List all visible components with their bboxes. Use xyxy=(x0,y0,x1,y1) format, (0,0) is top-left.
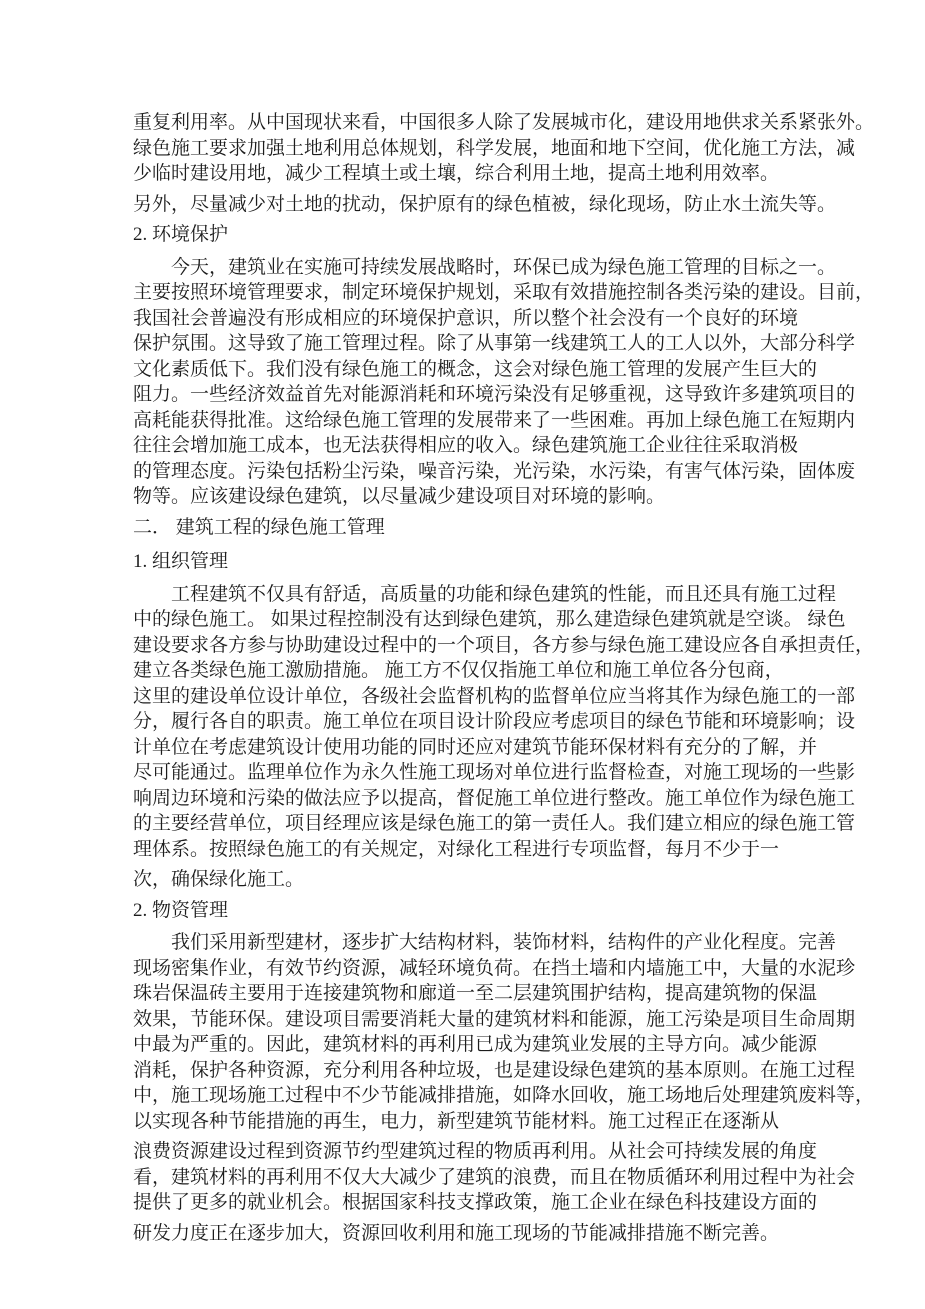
text-line: 浪费资源建设过程到资源节约型建筑过程的物质再利用。从社会可持续发展的角度 xyxy=(133,1139,873,1165)
text-line: 2. 物资管理 xyxy=(133,898,873,924)
text-line: 理体系。按照绿色施工的有关规定，对绿化工程进行专项监督，每月不少于一 xyxy=(133,837,873,863)
text-line: 中，施工现场施工过程中不少节能减排措施，如降水回收，施工场地后处理建筑废料等， xyxy=(133,1083,873,1109)
text-line: 现场密集作业，有效节约资源，减轻环境负荷。在挡土墙和内墙施工中，大量的水泥珍 xyxy=(133,956,873,982)
text-line: 文化素质低下。我们没有绿色施工的概念，这会对绿色施工管理的发展产生巨大的 xyxy=(133,357,873,383)
text-line: 尽可能通过。监理单位作为永久性施工现场对单位进行监督检查，对施工现场的一些影 xyxy=(133,760,873,786)
paragraph: 研发力度正在逐步加大，资源回收利用和施工现场的节能减排措施不断完善。 xyxy=(133,1221,873,1247)
text-line: 2. 环境保护 xyxy=(133,222,873,248)
text-line: 分，履行各自的职责。施工单位在项目设计阶段应考虑项目的绿色节能和环境影响；设 xyxy=(133,709,873,735)
text-line: 另外，尽量减少对土地的扰动，保护原有的绿色植被，绿化现场，防止水土流失等。 xyxy=(133,192,873,218)
text-line: 今天，建筑业在实施可持续发展战略时，环保已成为绿色施工管理的目标之一。 xyxy=(133,255,873,281)
text-line: 看，建筑材料的再利用不仅大大减少了建筑的浪费，而且在物质循环利用过程中为社会 xyxy=(133,1165,873,1191)
heading: 二． 建筑工程的绿色施工管理 xyxy=(133,515,873,541)
text-line: 1. 组织管理 xyxy=(133,549,873,575)
text-line: 我国社会普遍没有形成相应的环境保护意识，所以整个社会没有一个良好的环境 xyxy=(133,306,873,332)
text-line: 中的绿色施工。 如果过程控制没有达到绿色建筑，那么建造绿色建筑就是空谈。 绿色 xyxy=(133,607,873,633)
text-line: 的管理态度。污染包括粉尘污染，噪音污染，光污染，水污染，有害气体污染，固体废 xyxy=(133,459,873,485)
text-line: 响周边环境和污染的做法应予以提高，督促施工单位进行整改。施工单位作为绿色施工 xyxy=(133,786,873,812)
text-line: 二． 建筑工程的绿色施工管理 xyxy=(133,515,873,541)
text-line: 中最为严重的。因此，建筑材料的再利用已成为建筑业发展的主导方向。减少能源 xyxy=(133,1032,873,1058)
text-line: 珠岩保温砖主要用于连接建筑物和廊道一至二层建筑围护结构，提高建筑物的保温 xyxy=(133,981,873,1007)
document-content: 重复利用率。从中国现状来看，中国很多人除了发展城市化，建设用地供求关系紧张外。绿… xyxy=(133,110,873,1251)
text-line: 阻力。一些经济效益首先对能源消耗和环境污染没有足够重视，这导致许多建筑项目的 xyxy=(133,382,873,408)
paragraph: 次，确保绿化施工。 xyxy=(133,867,873,893)
paragraph: 重复利用率。从中国现状来看，中国很多人除了发展城市化，建设用地供求关系紧张外。绿… xyxy=(133,110,873,187)
text-line: 消耗，保护各种资源，充分利用各种垃圾，也是建设绿色建筑的基本原则。在施工过程 xyxy=(133,1058,873,1084)
subheading: 2. 物资管理 xyxy=(133,898,873,924)
text-line: 绿色施工要求加强土地利用总体规划，科学发展，地面和地下空间，优化施工方法，减 xyxy=(133,136,873,162)
text-line: 提供了更多的就业机会。根据国家科技支撑政策，施工企业在绿色科技建设方面的 xyxy=(133,1190,873,1216)
text-line: 少临时建设用地，减少工程填土或土壤，综合利用土地，提高土地利用效率。 xyxy=(133,161,873,187)
text-line: 计单位在考虑建筑设计使用功能的同时还应对建筑节能环保材料有充分的了解，并 xyxy=(133,735,873,761)
text-line: 主要按照环境管理要求，制定环境保护规划，采取有效措施控制各类污染的建设。目前， xyxy=(133,280,873,306)
paragraph: 工程建筑不仅具有舒适，高质量的功能和绿色建筑的性能，而且还具有施工过程中的绿色施… xyxy=(133,582,873,863)
text-line: 效果，节能环保。建设项目需要消耗大量的建筑材料和能源，施工污染是项目生命周期 xyxy=(133,1007,873,1033)
text-line: 工程建筑不仅具有舒适，高质量的功能和绿色建筑的性能，而且还具有施工过程 xyxy=(133,582,873,608)
text-line: 保护氛围。这导致了施工管理过程。除了从事第一线建筑工人的工人以外，大部分科学 xyxy=(133,331,873,357)
text-line: 这里的建设单位设计单位，各级社会监督机构的监督单位应当将其作为绿色施工的一部 xyxy=(133,684,873,710)
paragraph: 今天，建筑业在实施可持续发展战略时，环保已成为绿色施工管理的目标之一。主要按照环… xyxy=(133,255,873,510)
text-line: 往往会增加施工成本，也无法获得相应的收入。绿色建筑施工企业往往采取消极 xyxy=(133,433,873,459)
text-line: 建立各类绿色施工激励措施。 施工方不仅仅指施工单位和施工单位各分包商， xyxy=(133,658,873,684)
text-line: 建设要求各方参与协助建设过程中的一个项目，各方参与绿色施工建设应各自承担责任， xyxy=(133,633,873,659)
text-line: 研发力度正在逐步加大，资源回收利用和施工现场的节能减排措施不断完善。 xyxy=(133,1221,873,1247)
paragraph: 我们采用新型建材，逐步扩大结构材料，装饰材料，结构件的产业化程度。完善现场密集作… xyxy=(133,930,873,1134)
text-line: 高耗能获得批准。这给绿色施工管理的发展带来了一些困难。再加上绿色施工在短期内 xyxy=(133,408,873,434)
text-line: 次，确保绿化施工。 xyxy=(133,867,873,893)
document-page: 重复利用率。从中国现状来看，中国很多人除了发展城市化，建设用地供求关系紧张外。绿… xyxy=(0,0,925,1309)
paragraph: 浪费资源建设过程到资源节约型建筑过程的物质再利用。从社会可持续发展的角度看，建筑… xyxy=(133,1139,873,1216)
text-line: 物等。应该建设绿色建筑，以尽量减少建设项目对环境的影响。 xyxy=(133,484,873,510)
text-line: 的主要经营单位，项目经理应该是绿色施工的第一责任人。我们建立相应的绿色施工管 xyxy=(133,811,873,837)
text-line: 重复利用率。从中国现状来看，中国很多人除了发展城市化，建设用地供求关系紧张外。 xyxy=(133,110,873,136)
text-line: 以实现各种节能措施的再生，电力，新型建筑节能材料。施工过程正在逐渐从 xyxy=(133,1109,873,1135)
subheading: 2. 环境保护 xyxy=(133,222,873,248)
text-line: 我们采用新型建材，逐步扩大结构材料，装饰材料，结构件的产业化程度。完善 xyxy=(133,930,873,956)
subheading: 1. 组织管理 xyxy=(133,549,873,575)
paragraph: 另外，尽量减少对土地的扰动，保护原有的绿色植被，绿化现场，防止水土流失等。 xyxy=(133,192,873,218)
